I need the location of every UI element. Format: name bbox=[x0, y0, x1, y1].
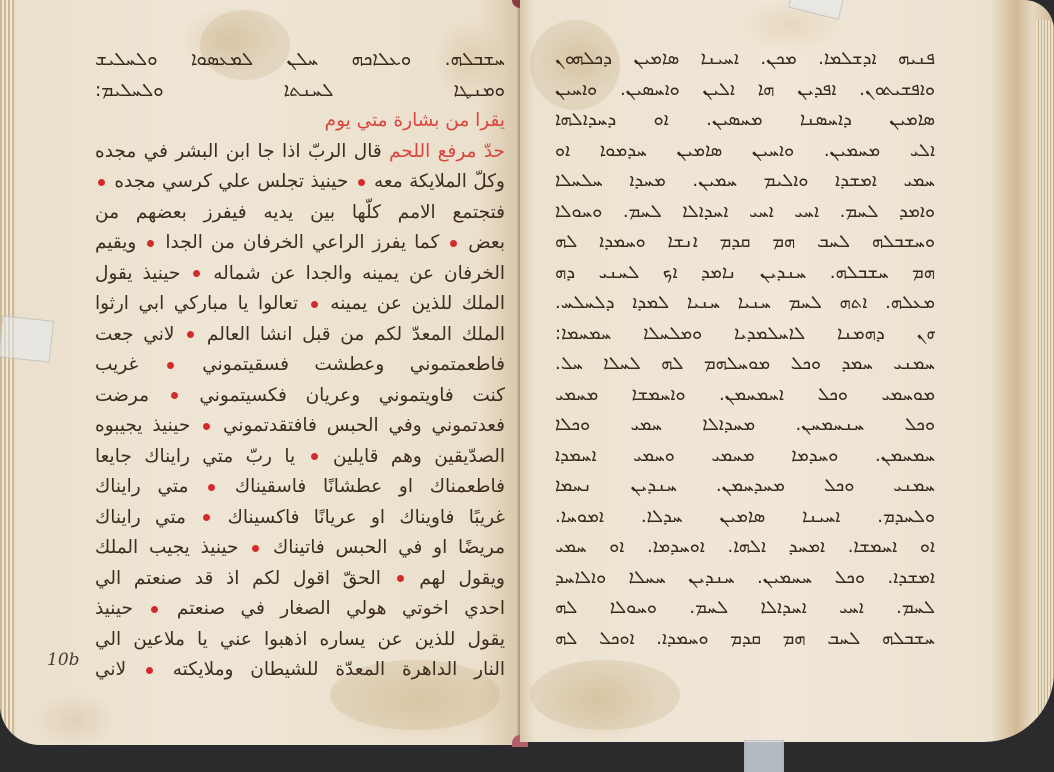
text-line: ܚܡܚܡܢ. ܘܚܕܡܐ ܡܚܡܝ ܘܚܡܝ ܐܚܡܕܐ bbox=[555, 441, 935, 472]
arabic-text: فتجتمع الامم كلّها بين يديه فيفرز بعضهم … bbox=[95, 202, 505, 223]
arabic-text: النار الداهرة المعدّة للشيطان وملايكته ل… bbox=[95, 659, 505, 680]
verse-divider-dot bbox=[203, 514, 210, 521]
syriac-text: ܗܡ ܚܫܒܠܗ. ܚܢܕܝܢ ܢܐܡܕ ܐܟ ܠܚܢܝ ܕܗ bbox=[555, 262, 935, 283]
verse-divider-dot bbox=[147, 240, 154, 247]
arabic-text: كنت فاويتموني وعريان فكسيتموني مرضت bbox=[95, 385, 505, 406]
arabic-text: الخرفان عن يمينه والجدا عن شماله حينيذ ي… bbox=[95, 263, 505, 284]
arabic-text: مريضًا او في الحبس فاتيناك حينيذ يجيب ال… bbox=[95, 537, 505, 558]
verse-divider-dot bbox=[193, 270, 200, 277]
text-line: ܘܠܚܕܡ. ܐܚܝܢܐ ܣܐܡܝܢ ܚܕܠܐ. ܐܡܘܚܐ. bbox=[555, 502, 935, 533]
syriac-text: ܚܡܝ ܐܡܫܕܐ ܘܐܠܝܡ ܚܡܝܢ. ܡܚܕܐ ܚܠܚܠܐ bbox=[555, 170, 935, 191]
syriac-text: ܘܡܢܛܐ ܠܚܢܬܐ ܘܠܚܠܝܡ: bbox=[95, 80, 505, 101]
syriac-text: ܚܡܢܝ ܘܟܠ ܡܚܕܚܡܢ. ܚܢܕܝܢ ܢܚܡܐ bbox=[555, 475, 935, 496]
verse-divider-dot bbox=[187, 331, 194, 338]
left-page: ܚܫܒܠܗ. ܘܥܠܐܟܗ ܚܠܢ ܠܡܥܣܘܐ ܘܠܚܠܝܫ ܘܡܢܛܐ ܠܚ… bbox=[0, 0, 520, 745]
right-page-text: ܦܢܝܗ ܐܕܫܠܡܐ. ܡܟܢ. ܐܚܝܢܐ ܣܐܡܝܢ ܕܟܠܗܘܢ ܘܐܦ… bbox=[555, 44, 935, 654]
text-line: ويقول لهم الحقّ اقول لكم اذ قد صنعتم الي bbox=[95, 564, 505, 595]
verse-divider-dot bbox=[397, 575, 404, 582]
text-line: الملك للذين عن يمينه تعالوا يا مباركي اب… bbox=[95, 289, 505, 320]
syriac-text: ܘܐܦܫܝܬܘܢ. ܐܦܕܝܢ ܗܐ ܐܠܝܢ ܘܐܚܣܝܢ. ܘܐܚܝܢ bbox=[555, 79, 935, 100]
syriac-text: ܦܢܝܗ ܐܕܫܠܡܐ. ܡܟܢ. ܐܚܝܢܐ ܣܐܡܝܢ ܕܟܠܗܘܢ bbox=[555, 48, 935, 69]
syriac-text: ܗܢ ܕܗܡܢܐ ܠܐܚܠܡܕܝܐ ܘܡܠܚܠܐ ܚܡܚܡܐ: bbox=[555, 323, 935, 344]
verse-divider-dot bbox=[358, 179, 365, 186]
conservation-tape bbox=[0, 315, 54, 362]
syriac-text: ܚܡܢܝ ܚܡܕ ܘܟܠ ܡܘܚܠܗܡ ܠܗ ܠܚܠܐ ܚܠ. bbox=[555, 353, 935, 374]
syriac-text: ܐܠܝ ܡܚܡܝܢ. ܘܐܚܝܢ ܣܐܡܝܢ ܚܕܡܘܐ ܐܘ bbox=[555, 140, 935, 161]
arabic-text: وكلّ الملايكة معه حينيذ تجلس علي كرسي مج… bbox=[95, 171, 505, 192]
verse-divider-dot bbox=[311, 453, 318, 460]
text-line: فتجتمع الامم كلّها بين يديه فيفرز بعضهم … bbox=[95, 198, 505, 229]
verse-divider-dot bbox=[311, 301, 318, 308]
text-line: حدّ مرفع اللحم قال الربّ اذا جا ابن البش… bbox=[95, 137, 505, 168]
verse-divider-dot bbox=[151, 606, 158, 613]
text-line: ܡܥܠܗ. ܐܬܗ ܠܚܡ ܚܢܝܐ ܚܢܝܐ ܠܡܕܐ ܕܠܚܠܚ. bbox=[555, 288, 935, 319]
arabic-text: احدي اخوتي هولي الصغار في صنعتم حينيذ bbox=[95, 598, 505, 619]
text-line: وكلّ الملايكة معه حينيذ تجلس علي كرسي مج… bbox=[95, 167, 505, 198]
arabic-text: الصدّيقين وهم قايلين يا ربّ متي رايناك ج… bbox=[95, 446, 505, 467]
verse-divider-dot bbox=[252, 545, 259, 552]
text-line: ܘܐܡܕ ܠܚܡ. ܐܚܝ ܐܚܝ ܐܚܕܐܠܐ ܠܚܡ. ܘܚܘܠܐ bbox=[555, 197, 935, 228]
syriac-text: ܠܚܡ. ܐܚܝ ܐܚܕܐܠܐ ܠܚܡ. ܘܚܘܠܐ ܠܗ bbox=[555, 597, 935, 618]
arabic-text: غريبًا فاويناك او عريانًا فاكسيناك متي ر… bbox=[95, 507, 505, 528]
text-line: فاطعمناك او عطشانًا فاسقيناك متي رايناك bbox=[95, 472, 505, 503]
text-line: ܐܡܫܕܐ. ܘܟܠ ܚܚܡܝܢ. ܚܢܕܝܢ ܚܚܠܐ ܘܐܠܐܚܕ bbox=[555, 563, 935, 594]
rubric-heading: حدّ مرفع اللحم bbox=[389, 141, 505, 162]
text-line: ܚܫܒܠܗ. ܘܥܠܐܟܗ ܚܠܢ ܠܡܥܣܘܐ ܘܠܚܠܝܫ bbox=[95, 45, 505, 76]
open-manuscript: ܚܫܒܠܗ. ܘܥܠܐܟܗ ܚܠܢ ܠܡܥܣܘܐ ܘܠܚܠܝܫ ܘܡܢܛܐ ܠܚ… bbox=[0, 0, 1054, 772]
text-line: ܚܡܝ ܐܡܫܕܐ ܘܐܠܝܡ ܚܡܝܢ. ܡܚܕܐ ܚܠܚܠܐ bbox=[555, 166, 935, 197]
arabic-text: ويقول لهم الحقّ اقول لكم اذ قد صنعتم الي bbox=[95, 568, 505, 589]
text-line: ܘܐܦܫܝܬܘܢ. ܐܦܕܝܢ ܗܐ ܐܠܝܢ ܘܐܚܣܝܢ. ܘܐܚܝܢ bbox=[555, 75, 935, 106]
text-line: الصدّيقين وهم قايلين يا ربّ متي رايناك ج… bbox=[95, 442, 505, 473]
text-line: احدي اخوتي هولي الصغار في صنعتم حينيذ bbox=[95, 594, 505, 625]
text-line: ܗܢ ܕܗܡܢܐ ܠܐܚܠܡܕܝܐ ܘܡܠܚܠܐ ܚܡܚܡܐ: bbox=[555, 319, 935, 350]
text-line: الخرفان عن يمينه والجدا عن شماله حينيذ ي… bbox=[95, 259, 505, 290]
arabic-text: الملك للذين عن يمينه تعالوا يا مباركي اب… bbox=[95, 293, 505, 314]
folio-number: 10b bbox=[47, 650, 80, 670]
text-line: ܦܢܝܗ ܐܕܫܠܡܐ. ܡܟܢ. ܐܚܝܢܐ ܣܐܡܝܢ ܕܟܠܗܘܢ bbox=[555, 44, 935, 75]
text-line: ܐܘ ܐܚܡܫܐ. ܐܡܚܕ ܐܠܗܐ. ܐܘܚܕܡܐ. ܐܘ ܚܡܝ bbox=[555, 532, 935, 563]
syriac-text: ܚܡܚܡܢ. ܘܚܕܡܐ ܡܚܡܝ ܘܚܡܝ ܐܚܡܕܐ bbox=[555, 445, 935, 466]
text-line: ܘܡܢܛܐ ܠܚܢܬܐ ܘܠܚܠܝܡ: bbox=[95, 76, 505, 107]
verse-divider-dot bbox=[450, 240, 457, 247]
syriac-text: ܐܡܫܕܐ. ܘܟܠ ܚܚܡܝܢ. ܚܢܕܝܢ ܚܚܠܐ ܘܐܠܐܚܕ bbox=[555, 567, 935, 588]
verse-divider-dot bbox=[146, 667, 153, 674]
text-line: النار الداهرة المعدّة للشيطان وملايكته ل… bbox=[95, 655, 505, 686]
verse-divider-dot bbox=[208, 484, 215, 491]
syriac-text: ܡܘܚܡܝ ܘܟܠ ܐܚܡܚܡܢ. ܘܐܚܡܫܐ ܡܚܡܝ bbox=[555, 384, 935, 405]
text-line: ܘܟܠ ܚܢܚܡܚܢ. ܡܚܕܐܠܐ ܚܡܝ ܘܟܠܐ bbox=[555, 410, 935, 441]
syriac-text: ܘܠܚܕܡ. ܐܚܝܢܐ ܣܐܡܝܢ ܚܕܠܐ. ܐܡܘܚܐ. bbox=[555, 506, 935, 527]
text-line: كنت فاويتموني وعريان فكسيتموني مرضت bbox=[95, 381, 505, 412]
text-line: مريضًا او في الحبس فاتيناك حينيذ يجيب ال… bbox=[95, 533, 505, 564]
arabic-text: يقول للذين عن يساره اذهبوا عني يا ملاعين… bbox=[95, 629, 505, 650]
text-line: ܚܡܢܝ ܘܟܠ ܡܚܕܚܡܢ. ܚܢܕܝܢ ܢܚܡܐ bbox=[555, 471, 935, 502]
verse-divider-dot bbox=[171, 392, 178, 399]
text-line: ܡܘܚܡܝ ܘܟܠ ܐܚܡܚܡܢ. ܘܐܚܡܫܐ ܡܚܡܝ bbox=[555, 380, 935, 411]
syriac-text: ܚܫܒܠܗ. ܘܥܠܐܟܗ ܚܠܢ ܠܡܥܣܘܐ ܘܠܚܠܝܫ bbox=[95, 49, 505, 70]
syriac-text: ܘܟܠ ܚܢܚܡܚܢ. ܡܚܕܐܠܐ ܚܡܝ ܘܟܠܐ bbox=[555, 414, 935, 435]
left-page-edges bbox=[0, 0, 14, 745]
text-line: غريبًا فاويناك او عريانًا فاكسيناك متي ر… bbox=[95, 503, 505, 534]
verse-divider-dot bbox=[98, 179, 105, 186]
arabic-text: قال الربّ اذا جا ابن البشر في مجده bbox=[95, 141, 382, 162]
text-line: ܘܚܫܒܠܗ ܠܚܒ ܗܡ ܩܕܡ ܐܢܫܐ ܘܚܡܕܐ ܠܗ bbox=[555, 227, 935, 258]
text-line: فاطعمتموني وعطشت فسقيتموني غريب bbox=[95, 350, 505, 381]
rubric-line: يقرا من بشارة متي يوم bbox=[95, 106, 505, 137]
left-page-text: ܚܫܒܠܗ. ܘܥܠܐܟܗ ܚܠܢ ܠܡܥܣܘܐ ܘܠܚܠܝܫ ܘܡܢܛܐ ܠܚ… bbox=[95, 45, 505, 686]
text-line: الملك المعدّ لكم من قبل انشا العالم لاني… bbox=[95, 320, 505, 351]
syriac-text: ܚܫܒܠܗ ܠܚܒ ܗܡ ܩܕܡ ܘܚܡܕܐ. ܐܘܟܠ ܠܗ bbox=[555, 628, 935, 649]
verse-divider-dot bbox=[167, 362, 174, 369]
rubric-heading: يقرا من بشارة متي يوم bbox=[325, 110, 505, 131]
arabic-text: فعدتموني وفي الحبس فافتقدتموني حينيذ يجي… bbox=[95, 415, 505, 436]
conservation-tape bbox=[744, 740, 784, 772]
syriac-text: ܘܚܫܒܠܗ ܠܚܒ ܗܡ ܩܕܡ ܐܢܫܐ ܘܚܡܕܐ ܠܗ bbox=[555, 231, 935, 252]
text-line: ܣܐܡܝܢ ܕܐܚܣܢܐ ܡܚܣܝܢ. ܐܘ ܕܚܕܐܠܗܐ bbox=[555, 105, 935, 136]
syriac-text: ܡܥܠܗ. ܐܬܗ ܠܚܡ ܚܢܝܐ ܚܢܝܐ ܠܡܕܐ ܕܠܚܠܚ. bbox=[555, 292, 935, 313]
syriac-text: ܐܘ ܐܚܡܫܐ. ܐܡܚܕ ܐܠܗܐ. ܐܘܚܕܡܐ. ܐܘ ܚܡܝ bbox=[555, 536, 935, 557]
arabic-text: فاطعمتموني وعطشت فسقيتموني غريب bbox=[95, 354, 505, 375]
arabic-text: فاطعمناك او عطشانًا فاسقيناك متي رايناك bbox=[95, 476, 505, 497]
text-line: فعدتموني وفي الحبس فافتقدتموني حينيذ يجي… bbox=[95, 411, 505, 442]
text-line: ܚܡܢܝ ܚܡܕ ܘܟܠ ܡܘܚܠܗܡ ܠܗ ܠܚܠܐ ܚܠ. bbox=[555, 349, 935, 380]
syriac-text: ܘܐܡܕ ܠܚܡ. ܐܚܝ ܐܚܝ ܐܚܕܐܠܐ ܠܚܡ. ܘܚܘܠܐ bbox=[555, 201, 935, 222]
text-line: يقول للذين عن يساره اذهبوا عني يا ملاعين… bbox=[95, 625, 505, 656]
verse-divider-dot bbox=[203, 423, 210, 430]
right-page: ܦܢܝܗ ܐܕܫܠܡܐ. ܡܟܢ. ܐܚܝܢܐ ܣܐܡܝܢ ܕܟܠܗܘܢ ܘܐܦ… bbox=[520, 0, 1054, 742]
syriac-text: ܣܐܡܝܢ ܕܐܚܣܢܐ ܡܚܣܝܢ. ܐܘ ܕܚܕܐܠܗܐ bbox=[555, 109, 935, 130]
right-page-edges bbox=[1036, 20, 1054, 720]
water-stain bbox=[530, 660, 680, 730]
arabic-text: بعض كما يفرز الراعي الخرفان من الجدا ويق… bbox=[95, 232, 505, 253]
text-line: ܗܡ ܚܫܒܠܗ. ܚܢܕܝܢ ܢܐܡܕ ܐܟ ܠܚܢܝ ܕܗ bbox=[555, 258, 935, 289]
text-line: ܐܠܝ ܡܚܡܝܢ. ܘܐܚܝܢ ܣܐܡܝܢ ܚܕܡܘܐ ܐܘ bbox=[555, 136, 935, 167]
text-line: ܠܚܡ. ܐܚܝ ܐܚܕܐܠܐ ܠܚܡ. ܘܚܘܠܐ ܠܗ bbox=[555, 593, 935, 624]
text-line: ܚܫܒܠܗ ܠܚܒ ܗܡ ܩܕܡ ܘܚܡܕܐ. ܐܘܟܠ ܠܗ bbox=[555, 624, 935, 655]
arabic-text: الملك المعدّ لكم من قبل انشا العالم لاني… bbox=[95, 324, 505, 345]
text-line: بعض كما يفرز الراعي الخرفان من الجدا ويق… bbox=[95, 228, 505, 259]
